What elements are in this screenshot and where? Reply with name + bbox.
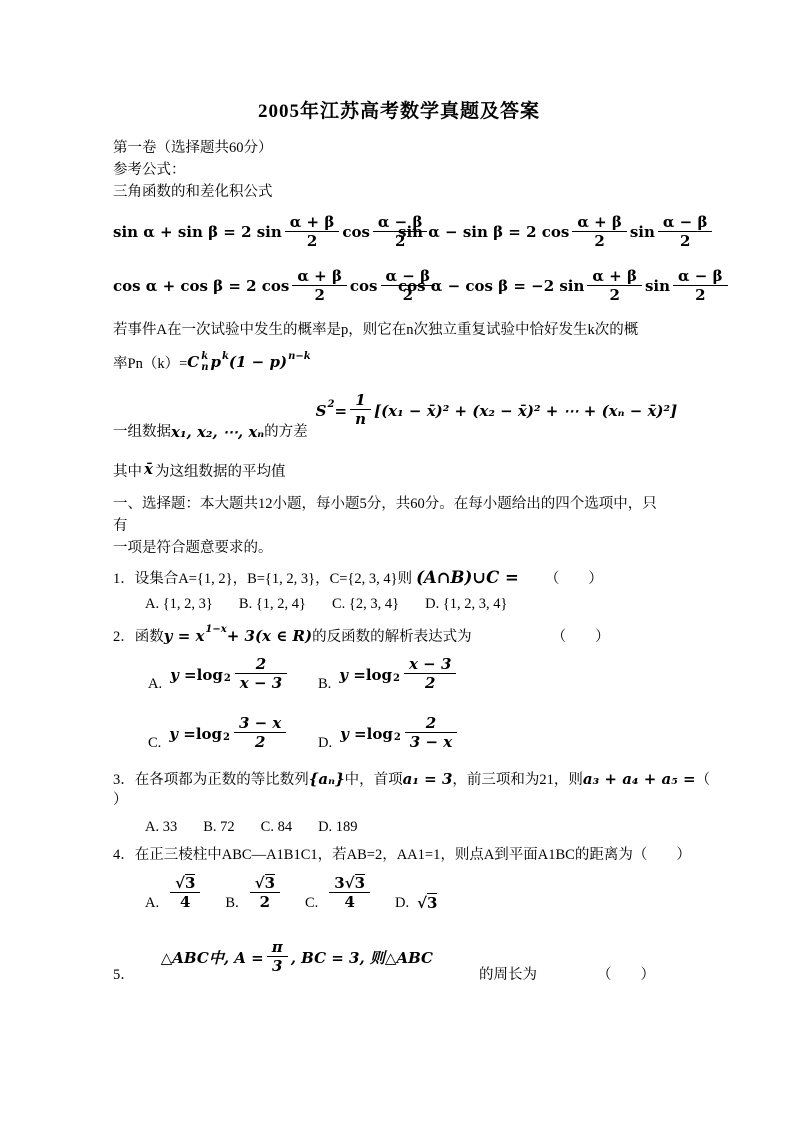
radicand: 3 [355, 874, 365, 892]
fraction-denominator: 2 [292, 285, 347, 305]
subscript-n: n [201, 362, 208, 373]
probability-intro-text: 若事件A在一次试验中发生的概率是p，则它在n次独立重复试验中恰好发生k次的概 [113, 319, 685, 341]
fraction: α − β2 [658, 214, 713, 251]
log-base: 2 [394, 732, 401, 743]
fraction: 2x − 3 [235, 656, 287, 693]
open-paren: （ [696, 768, 711, 789]
document-content: 2005年江苏高考数学真题及答案 第一卷（选择题共60分） 参考公式： 三角函数… [113, 96, 685, 984]
fraction-numerator: α + β [587, 268, 642, 285]
x-bar-symbol: x̄ [144, 460, 153, 478]
option-d: D. y = log223 − x [318, 715, 685, 752]
log-symbol: log [366, 666, 392, 684]
fraction-numerator: √3 [170, 874, 200, 892]
question-2-post: 的反函数的解析表达式为 [312, 625, 472, 646]
variance-pre-text: 一组数据 [113, 420, 171, 441]
fraction-numerator: √3 [250, 874, 280, 892]
fraction: α − β2 [673, 268, 728, 305]
question-5-number: 5． [113, 963, 135, 984]
option-label: A. [145, 895, 159, 912]
symbol-S: S [316, 402, 327, 420]
log-formula: y = log22x − 3 [170, 656, 290, 693]
question-1-options: A. {1, 2, 3} B. {1, 2, 4} C. {2, 3, 4} D… [145, 596, 685, 613]
log-base: 2 [393, 673, 400, 684]
option-d: D. 189 [318, 819, 357, 836]
radical-sign: √ [175, 875, 185, 892]
fraction-denominator: 2 [658, 231, 713, 251]
fraction-numerator: 1 [350, 392, 371, 409]
question-5-tail: 的周长为 [479, 963, 537, 984]
fraction-denominator: n [350, 409, 371, 429]
option-label: A. [148, 676, 162, 693]
question-2-pre: 2．函数 [113, 625, 164, 646]
coefficient: 3 [334, 875, 344, 892]
fraction: 23 − x [405, 715, 457, 752]
formula-mid: sin [645, 277, 670, 295]
question-2-options: A. y = log22x − 3 B. y = log2x − 32 C. y… [113, 656, 685, 752]
log-formula: y = log2x − 32 [339, 656, 459, 693]
fraction: √32 [250, 874, 280, 912]
sqrt-value: √3 [417, 893, 437, 912]
trig-formula-grid: sin α + sin β = 2 sin α + β2 cos α − β2 … [113, 211, 685, 307]
fraction: α + β2 [572, 214, 627, 251]
question-3-pre: 3．在各项都为正数的等比数列 [113, 768, 309, 789]
fraction: α + β2 [587, 268, 642, 305]
question-4-text: 4．在正三棱柱中ABC—A1B1C1，若AB=2，AA1=1，则点A到平面A1B… [113, 844, 685, 866]
fraction-numerator: 3√3 [329, 874, 370, 892]
symbol-C: C [187, 353, 199, 371]
fraction-denominator: x − 3 [235, 673, 287, 693]
fraction-denominator: 2 [250, 892, 280, 912]
option-b: B. 72 [203, 819, 234, 836]
plus-3-domain: + 3(x ∈ R) [227, 627, 312, 645]
probability-formula: 率Pn（k）= Cknpk(1 − p)n−k [113, 347, 685, 377]
fraction-denominator: 2 [673, 285, 728, 305]
option-label: C. [305, 895, 318, 912]
page-title: 2005年江苏高考数学真题及答案 [113, 96, 685, 123]
y-equals: y = [170, 666, 197, 684]
reference-formula-label: 参考公式： [113, 159, 685, 181]
option-c: C. {2, 3, 4} [332, 596, 399, 613]
intro-line-1: 一、选择题：本大题共12小题，每小题5分，共60分。在每小题给出的四个选项中，只 [113, 493, 685, 515]
option-a: A. y = log22x − 3 [148, 656, 318, 693]
trig-formula-cos-minus: cos α − cos β = −2 sin α + β2 sin α − β2 [398, 265, 731, 307]
sequence-symbol: {aₙ} [309, 770, 345, 788]
log-symbol: log [196, 725, 222, 743]
answer-paren: （ ） [545, 567, 603, 588]
question-3-line-1: 3．在各项都为正数的等比数列 {aₙ} 中，首项 a₁ = 3 ，前三项和为21… [113, 768, 685, 789]
answer-paren: （ ） [552, 625, 610, 646]
log-formula: y = log23 − x2 [169, 715, 289, 752]
sqrt-fraction: √34 [167, 874, 203, 912]
fraction-numerator: α + β [292, 268, 347, 285]
option-label: D. [395, 895, 409, 912]
fraction-numerator: α + β [572, 214, 627, 231]
variance-formula-line: 一组数据 x₁, x₂, ⋯, xₙ 的方差 S2 = 1n [(x₁ − x̄… [113, 393, 685, 441]
superscript-k: k [222, 351, 229, 362]
y-equals-x: y = x [164, 627, 205, 645]
superscript-k: k [201, 351, 208, 362]
option-label: B. [318, 676, 331, 693]
option-b: B. {1, 2, 4} [239, 596, 306, 613]
fraction-denominator: 2 [234, 732, 286, 752]
sqrt-fraction: 3√34 [326, 874, 373, 912]
option-label: C. [148, 735, 161, 752]
exponent-1-minus-x: 1−x [205, 624, 226, 635]
data-sequence: x₁, x₂, ⋯, xₙ [171, 423, 264, 441]
choice-section-intro: 一、选择题：本大题共12小题，每小题5分，共60分。在每小题给出的四个选项中，只… [113, 493, 685, 559]
option-a: A. 33 [145, 819, 177, 836]
fraction-denominator: 2 [587, 285, 642, 305]
fraction-denominator: 4 [170, 892, 200, 912]
fraction: √34 [170, 874, 200, 912]
option-a: A. {1, 2, 3} [145, 596, 213, 613]
fraction-denominator: 4 [329, 892, 370, 912]
function-expression: y = x1−x + 3(x ∈ R) [164, 627, 312, 645]
probability-prefix: 率Pn（k）= [113, 352, 187, 373]
log-symbol: log [367, 725, 393, 743]
mean-note-line: 其中 x̄ 为这组数据的平均值 [113, 455, 685, 481]
option-label: B. [225, 895, 238, 912]
fraction-denominator: 2 [285, 231, 340, 251]
fraction: 3 − x2 [234, 715, 286, 752]
set-expression: (A∩B)∪C = [416, 568, 519, 587]
formula-lhs: sin α + sin β = 2 sin [113, 223, 282, 241]
log-formula: y = log223 − x [340, 715, 460, 752]
option-c: C. y = log23 − x2 [148, 715, 318, 752]
log-base: 2 [223, 732, 230, 743]
fraction-denominator: 2 [404, 673, 456, 693]
formula-mid: cos [342, 223, 370, 241]
answer-paren: （ ） [597, 963, 655, 984]
question-5: 5． △ABC中, A = π3 , BC = 3, 则△ABC 的周长为 （ … [113, 928, 685, 984]
question-3-options: A. 33 B. 72 C. 84 D. 189 [145, 819, 685, 836]
bc-condition: , BC = 3, 则△ABC [291, 947, 433, 968]
y-equals: y = [339, 666, 366, 684]
formula-lhs: cos α − cos β = −2 sin [398, 277, 584, 295]
variance-post-text: 的方差 [264, 420, 308, 441]
fraction: π3 [267, 939, 288, 976]
superscript-2: 2 [328, 399, 335, 410]
fraction: 1n [350, 392, 371, 429]
formula-lhs: cos α + cos β = 2 cos [113, 277, 289, 295]
fraction-numerator: x − 3 [404, 656, 456, 673]
formula-mid: sin [630, 223, 655, 241]
y-equals: y = [169, 725, 196, 743]
fraction-denominator: 3 [267, 956, 288, 976]
radicand: 3 [265, 874, 275, 892]
formula-lhs: sin α − sin β = 2 cos [398, 223, 569, 241]
fraction: α + β2 [285, 214, 340, 251]
symbol-p: p [210, 353, 221, 371]
sqrt-fraction: √32 [247, 874, 283, 912]
sup-sub-stack: kn [201, 351, 208, 373]
option-c: C. 84 [261, 819, 292, 836]
question-2: 2．函数 y = x1−x + 3(x ∈ R) 的反函数的解析表达式为 （ ） [113, 625, 685, 646]
fraction: α + β2 [292, 268, 347, 305]
superscript-n-minus-k: n−k [288, 351, 311, 362]
fraction-denominator: 2 [572, 231, 627, 251]
binomial-formula: Cknpk(1 − p)n−k [187, 351, 310, 373]
option-d: D. {1, 2, 3, 4} [425, 596, 507, 613]
fraction-denominator: 3 − x [405, 732, 457, 752]
radicand: 3 [185, 874, 195, 892]
triangle-condition: △ABC中, A = [161, 947, 264, 968]
option-label: D. [318, 735, 332, 752]
intro-line-2: 有 [113, 515, 685, 537]
trig-formula-sin-minus: sin α − sin β = 2 cos α + β2 sin α − β2 [398, 211, 731, 253]
log-symbol: log [197, 666, 223, 684]
trig-formula-sin-plus: sin α + sin β = 2 sin α + β2 cos α − β2 [113, 211, 398, 253]
formula-mid: cos [350, 277, 378, 295]
equals-sign: = [334, 402, 347, 420]
radical-sign: √ [255, 875, 265, 892]
fraction-numerator: α + β [285, 214, 340, 231]
fraction: 3√34 [329, 874, 370, 912]
document-page: 2005年江苏高考数学真题及答案 第一卷（选择题共60分） 参考公式： 三角函数… [0, 0, 794, 1123]
radicand: 3 [427, 893, 437, 912]
question-3-mid-2: ，前三项和为21，则 [452, 768, 583, 789]
trig-formula-label: 三角函数的和差化积公式 [113, 181, 685, 203]
question-3-mid-1: 中，首项 [345, 768, 403, 789]
one-minus-p: (1 − p) [229, 353, 287, 371]
y-equals: y = [340, 725, 367, 743]
question-3: 3．在各项都为正数的等比数列 {aₙ} 中，首项 a₁ = 3 ，前三项和为21… [113, 768, 685, 836]
mean-post-text: 为这组数据的平均值 [155, 460, 286, 481]
mean-pre-text: 其中 [113, 460, 142, 481]
log-base: 2 [224, 673, 231, 684]
radical-sign: √ [345, 875, 355, 892]
question-1-text: 1．设集合A={1, 2}，B={1, 2, 3}，C={2, 3, 4}则 [113, 567, 412, 588]
first-term: a₁ = 3 [403, 770, 453, 788]
trig-formula-cos-plus: cos α + cos β = 2 cos α + β2 cos α − β2 [113, 265, 398, 307]
sum-expression: a₃ + a₄ + a₅ = [583, 770, 696, 788]
intro-line-3: 一项是符合题意要求的。 [113, 537, 685, 559]
variance-sum-body: [(x₁ − x̄)² + (x₂ − x̄)² + ⋯ + (xₙ − x̄)… [374, 402, 677, 420]
fraction-numerator: 2 [235, 656, 287, 673]
fraction-numerator: π [267, 939, 288, 956]
variance-formula: S2 = 1n [(x₁ − x̄)² + (x₂ − x̄)² + ⋯ + (… [316, 392, 678, 429]
option-b: B. y = log2x − 32 [318, 656, 685, 693]
question-1: 1．设集合A={1, 2}，B={1, 2, 3}，C={2, 3, 4}则 (… [113, 567, 685, 588]
question-4: 4．在正三棱柱中ABC—A1B1C1，若AB=2，AA1=1，则点A到平面A1B… [113, 844, 685, 912]
fraction: x − 32 [404, 656, 456, 693]
fraction-numerator: α − β [658, 214, 713, 231]
fraction-numerator: α − β [673, 268, 728, 285]
fraction-numerator: 2 [405, 715, 457, 732]
question-4-options: A. √34 B. √32 C. 3√34 D. √3 [145, 874, 685, 912]
radical-sign: √ [417, 894, 427, 912]
triangle-formula: △ABC中, A = π3 , BC = 3, 则△ABC [161, 939, 433, 976]
close-paren: ） [113, 789, 685, 811]
fraction-numerator: 3 − x [234, 715, 286, 732]
section-one-heading: 第一卷（选择题共60分） [113, 137, 685, 159]
